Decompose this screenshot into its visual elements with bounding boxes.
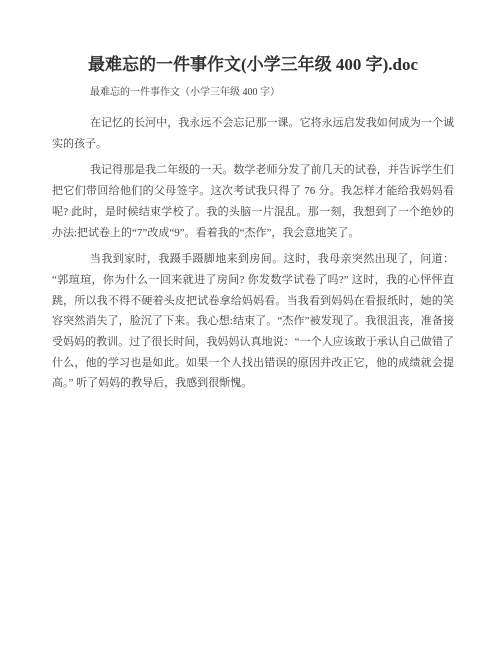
document-paragraph-lesson: 当我到家时，我蹑手蹑脚地来到房间。这时，我母亲突然出现了，问道：“郭瑄瑄，你为什… [52, 249, 454, 394]
document-page: 最难忘的一件事作文(小学三年级 400 字).doc 最难忘的一件事作文（小学三… [0, 0, 500, 647]
document-paragraph-intro: 在记忆的长河中，我永远不会忘记那一课。它将永远启发我如何成为一个诚实的孩子。 [52, 113, 454, 154]
document-subtitle: 最难忘的一件事作文（小学三年级 400 字） [90, 85, 454, 100]
document-title: 最难忘的一件事作文(小学三年级 400 字).doc [52, 52, 454, 78]
document-paragraph-story: 我记得那是我二年级的一天。数学老师分发了前几天的试卷，并告诉学生们把它们带回给他… [52, 160, 454, 243]
